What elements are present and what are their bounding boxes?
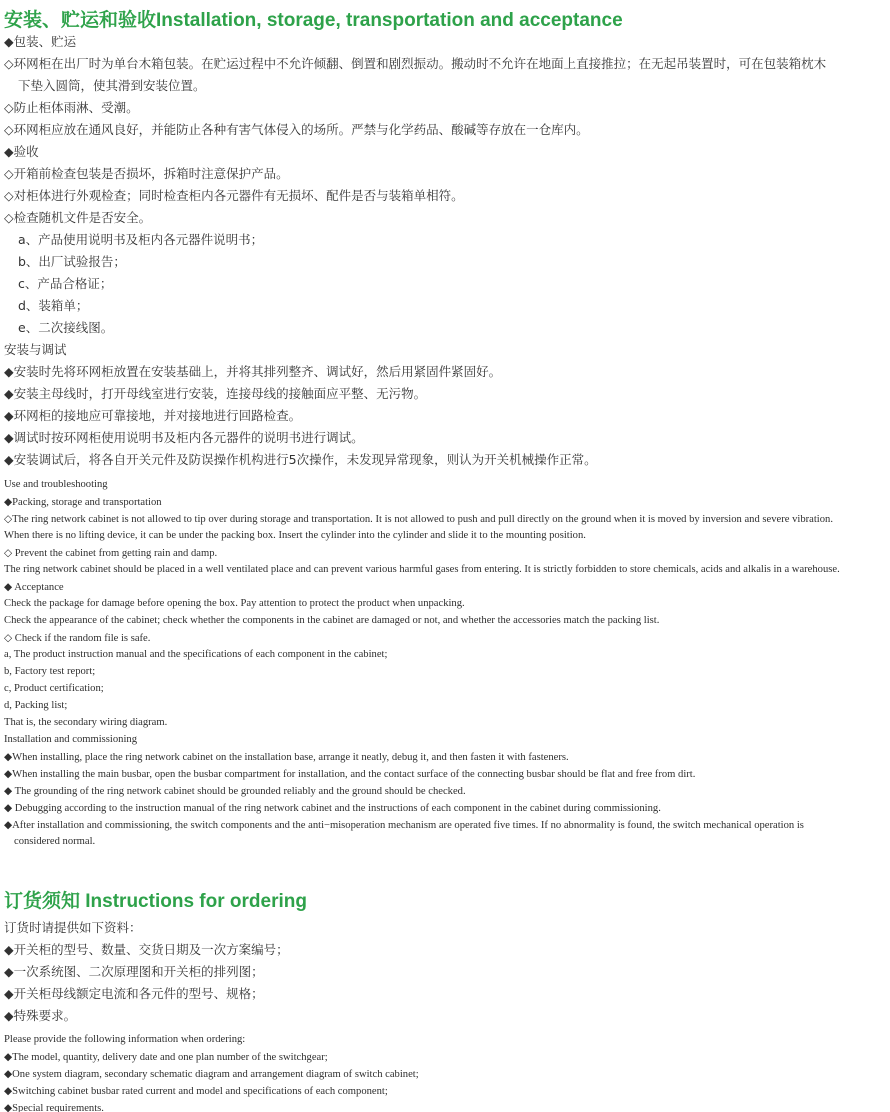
text-line: ◆安装主母线时，打开母线室进行安装，连接母线的接触面应平整、无污物。 — [4, 384, 426, 402]
text-line: ◆One system diagram, secondary schematic… — [4, 1068, 419, 1080]
text-line: ◆调试时按环网柜使用说明书及柜内各元器件的说明书进行调试。 — [4, 428, 364, 446]
text-line: ◆After installation and commissioning, t… — [4, 819, 804, 831]
text-line: ◆开关柜母线额定电流和各元件的型号、规格； — [4, 984, 264, 1002]
text-line: 订货时请提供如下资料： — [4, 918, 142, 936]
text-line: Please provide the following information… — [4, 1034, 245, 1045]
text-line: ◆Packing, storage and transportation — [4, 496, 162, 508]
text-line: That is, the secondary wiring diagram. — [4, 717, 167, 728]
text-line: ◇对柜体进行外观检查；同时检查柜内各元器件有无损坏、配件是否与装箱单相符。 — [4, 186, 464, 204]
text-line: ◆ The grounding of the ring network cabi… — [4, 785, 466, 797]
text-line: The ring network cabinet should be place… — [4, 564, 840, 575]
text-line: ◆ Acceptance — [4, 581, 64, 593]
document-page: 安装、贮运和验收Installation, storage, transport… — [0, 0, 890, 1112]
text-line: b, Factory test report; — [4, 666, 95, 677]
text-line: ◆Special requirements. — [4, 1102, 104, 1112]
text-line: ◇环网柜应放在通风良好，并能防止各种有害气体侵入的场所。严禁与化学药品、酸碱等存… — [4, 120, 589, 138]
text-line: Use and troubleshooting — [4, 479, 108, 490]
section-title-ordering: 订货须知 Instructions for ordering — [4, 886, 307, 913]
text-line: ◆When installing the main busbar, open t… — [4, 768, 695, 780]
text-line: ◇ Prevent the cabinet from getting rain … — [4, 547, 217, 559]
text-line: d、装箱单； — [18, 296, 88, 314]
text-line: 安装与调试 — [4, 340, 67, 358]
text-line: c, Product certification; — [4, 683, 104, 694]
text-line: ◆Switching cabinet busbar rated current … — [4, 1085, 388, 1097]
text-line: ◆安装调试后，将各自开关元件及防误操作机构进行5次操作，未发现异常现象，则认为开… — [4, 450, 597, 468]
text-line: e、二次接线图。 — [18, 318, 113, 336]
text-line: When there is no lifting device, it can … — [4, 530, 586, 541]
text-line: ◇ Check if the random file is safe. — [4, 632, 150, 644]
text-line: b、出厂试验报告； — [18, 252, 126, 270]
text-line: Check the appearance of the cabinet; che… — [4, 615, 659, 626]
text-line: ◇检查随机文件是否安全。 — [4, 208, 151, 226]
text-line: ◆ Debugging according to the instruction… — [4, 802, 661, 814]
text-line: ◇开箱前检查包装是否损坏，拆箱时注意保护产品。 — [4, 164, 289, 182]
text-line: d, Packing list; — [4, 700, 67, 711]
text-line: a、产品使用说明书及柜内各元器件说明书； — [18, 230, 263, 248]
text-line: ◆一次系统图、二次原理图和开关柜的排列图； — [4, 962, 264, 980]
text-line: considered normal. — [14, 836, 95, 847]
text-line: Check the package for damage before open… — [4, 598, 465, 609]
text-line: Installation and commissioning — [4, 734, 137, 745]
text-line: ◇The ring network cabinet is not allowed… — [4, 513, 833, 525]
text-line: ◆环网柜的接地应可靠接地，并对接地进行回路检查。 — [4, 406, 301, 424]
text-line: ◆验收 — [4, 142, 39, 160]
text-line: 下垫入圆筒，使其滑到安装位置。 — [18, 76, 206, 94]
text-line: ◆包装、贮运 — [4, 32, 76, 50]
text-line: ◆The model, quantity, delivery date and … — [4, 1051, 328, 1063]
text-line: ◆安装时先将环网柜放置在安装基础上，并将其排列整齐、调试好，然后用紧固件紧固好。 — [4, 362, 501, 380]
section-title-installation: 安装、贮运和验收Installation, storage, transport… — [4, 5, 623, 32]
text-line: a, The product instruction manual and th… — [4, 649, 387, 660]
text-line: c、产品合格证； — [18, 274, 112, 292]
text-line: ◇环网柜在出厂时为单台木箱包装。在贮运过程中不允许倾翻、倒置和剧烈振动。搬动时不… — [4, 54, 826, 72]
text-line: ◆开关柜的型号、数量、交货日期及一次方案编号； — [4, 940, 289, 958]
text-line: ◇防止柜体雨淋、受潮。 — [4, 98, 139, 116]
text-line: ◆When installing, place the ring network… — [4, 751, 569, 763]
text-line: ◆特殊要求。 — [4, 1006, 76, 1024]
